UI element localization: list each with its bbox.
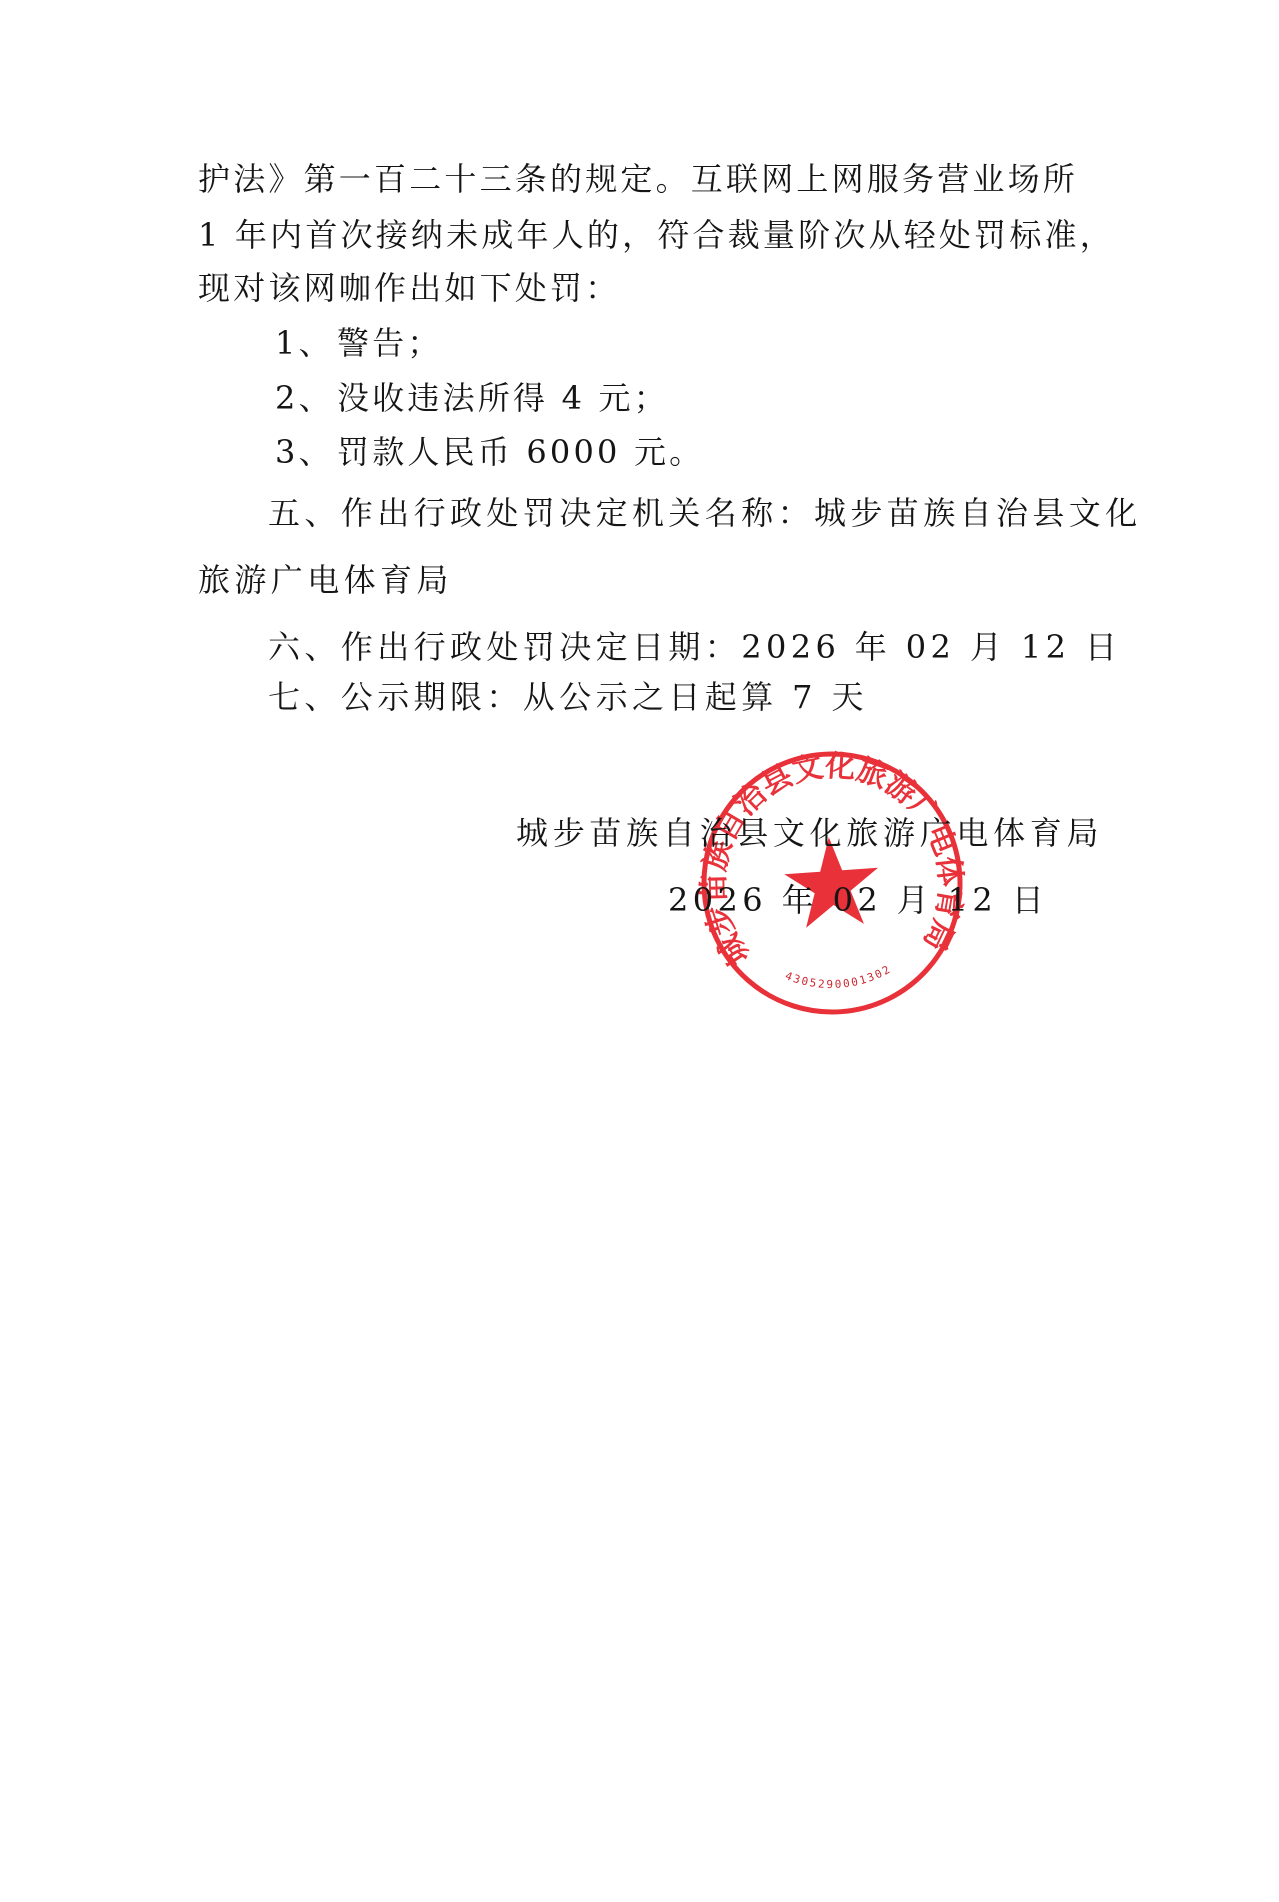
paragraph-line-3: 现对该网咖作出如下处罚： bbox=[198, 268, 620, 308]
paragraph-line-1: 护法》第一百二十三条的规定。互联网上网服务营业场所 bbox=[198, 159, 1078, 199]
penalty-item-2: 2、没收违法所得 4 元； bbox=[275, 378, 669, 418]
penalty-number: 2、 bbox=[275, 378, 337, 418]
svg-text:4305290001302: 4305290001302 bbox=[783, 962, 895, 995]
signature-organization: 城步苗族自治县文化旅游广电体育局 bbox=[516, 813, 1103, 853]
signature-date: 2026 年 02 月 12 日 bbox=[668, 880, 1048, 920]
section-6: 六、作出行政处罚决定日期：2026 年 02 月 12 日 bbox=[268, 627, 1121, 667]
section-5-line-1: 五、作出行政处罚决定机关名称：城步苗族自治县文化 bbox=[268, 493, 1142, 533]
penalty-item-1: 1、警告； bbox=[275, 323, 443, 363]
penalty-item-3: 3、罚款人民币 6000 元。 bbox=[275, 432, 704, 472]
penalty-text: 警告； bbox=[337, 324, 443, 362]
penalty-number: 3、 bbox=[275, 432, 337, 472]
paragraph-line-2: 1 年内首次接纳未成年人的，符合裁量阶次从轻处罚标准， bbox=[198, 215, 1115, 255]
section-5-line-2: 旅游广电体育局 bbox=[198, 560, 453, 600]
section-7: 七、公示期限：从公示之日起算 7 天 bbox=[268, 677, 868, 717]
penalty-number: 1、 bbox=[275, 323, 337, 363]
penalty-text: 没收违法所得 4 元； bbox=[337, 379, 669, 417]
penalty-text: 罚款人民币 6000 元。 bbox=[337, 433, 704, 471]
